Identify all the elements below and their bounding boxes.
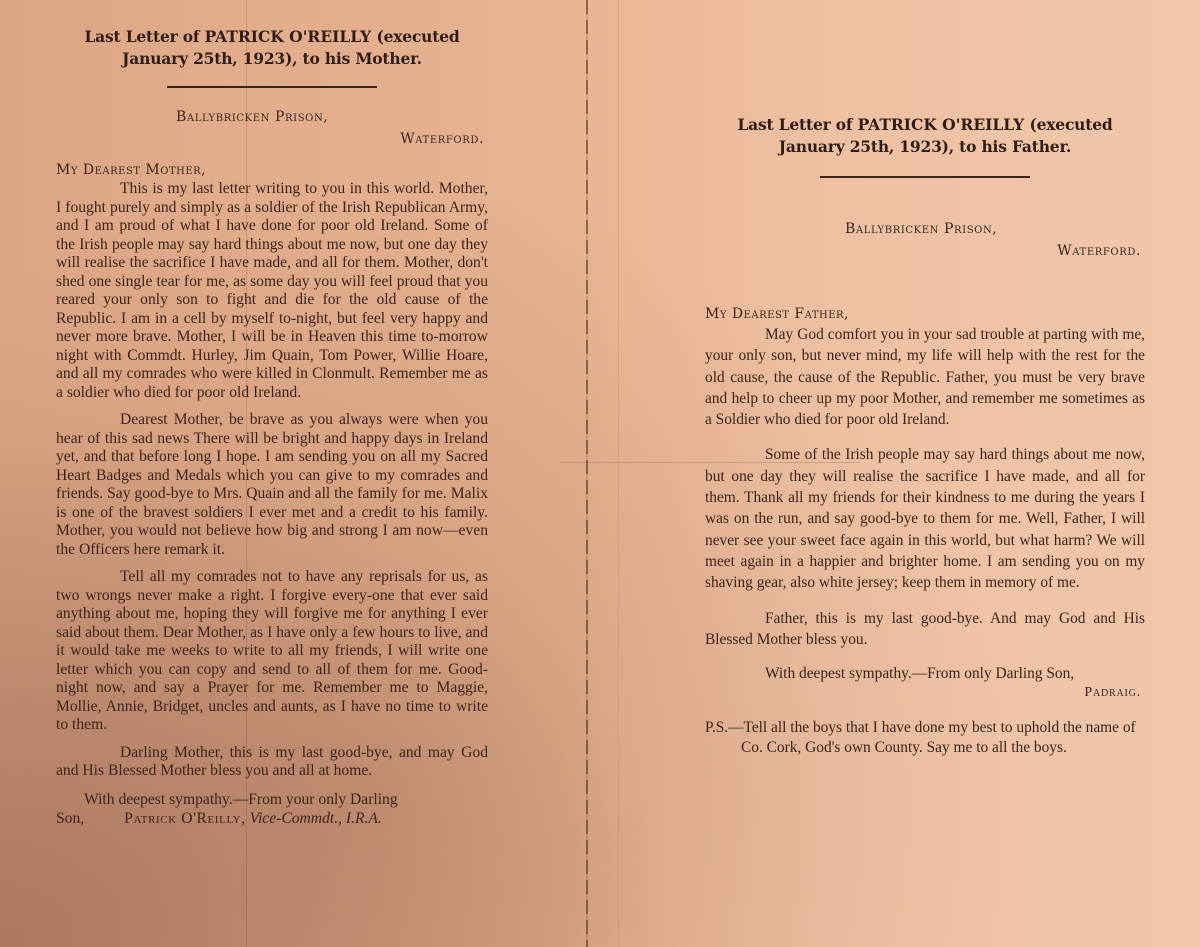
page-fold: [586, 0, 588, 947]
letter-title: Last Letter of PATRICK O'REILLY (execute…: [56, 26, 488, 70]
paragraph: May God comfort you in your sad trouble …: [705, 324, 1145, 430]
title-name: PATRICK O'REILLY: [205, 27, 372, 46]
title-prefix: Last Letter of: [737, 115, 857, 134]
paragraph: Some of the Irish people may say hard th…: [705, 444, 1145, 593]
sign-off: With deepest sympathy.—From only Darling…: [705, 664, 1145, 702]
postscript: P.S.—Tell all the boys that I have done …: [705, 718, 1145, 757]
letter-body: May God comfort you in your sad trouble …: [705, 324, 1145, 650]
address-line2: Waterford.: [705, 240, 1145, 262]
address-line2: Waterford.: [56, 128, 488, 150]
closing-line: With deepest sympathy.—From only Darling…: [705, 664, 1145, 683]
title-rule: [167, 86, 377, 88]
letter-to-mother: Last Letter of PATRICK O'REILLY (execute…: [56, 26, 488, 828]
address: Ballybricken Prison, Waterford.: [705, 218, 1145, 262]
salutation: My Dearest Mother,: [56, 160, 488, 180]
letter-title: Last Letter of PATRICK O'REILLY (execute…: [705, 114, 1145, 158]
paper-crease: [618, 0, 619, 947]
signature: Padraig.: [705, 683, 1145, 702]
paragraph: Father, this is my last good-bye. And ma…: [705, 608, 1145, 651]
closing-line: With deepest sympathy.—From your only Da…: [56, 790, 488, 809]
address: Ballybricken Prison, Waterford.: [56, 106, 488, 150]
title-name: PATRICK O'REILLY: [858, 115, 1025, 134]
title-prefix: Last Letter of: [84, 27, 204, 46]
paragraph: Dearest Mother, be brave as you always w…: [56, 411, 488, 559]
address-line1: Ballybricken Prison,: [56, 106, 488, 128]
paragraph: Darling Mother, this is my last good-bye…: [56, 744, 488, 781]
closing-son: Son,: [56, 809, 84, 828]
letter-to-father: Last Letter of PATRICK O'REILLY (execute…: [705, 114, 1145, 757]
sign-off: With deepest sympathy.—From your only Da…: [56, 790, 488, 828]
paragraph: Tell all my comrades not to have any rep…: [56, 568, 488, 735]
signature: Patrick O'Reilly,: [124, 810, 246, 827]
ps-label: P.S.—: [705, 719, 744, 736]
letter-body: This is my last letter writing to you in…: [56, 180, 488, 781]
paragraph: This is my last letter writing to you in…: [56, 180, 488, 402]
title-rule: [820, 176, 1030, 178]
ps-text: Tell all the boys that I have done my be…: [741, 719, 1136, 756]
signature-rank: Vice-Commdt., I.R.A.: [250, 810, 382, 827]
salutation: My Dearest Father,: [705, 304, 1145, 324]
address-line1: Ballybricken Prison,: [705, 218, 1145, 240]
